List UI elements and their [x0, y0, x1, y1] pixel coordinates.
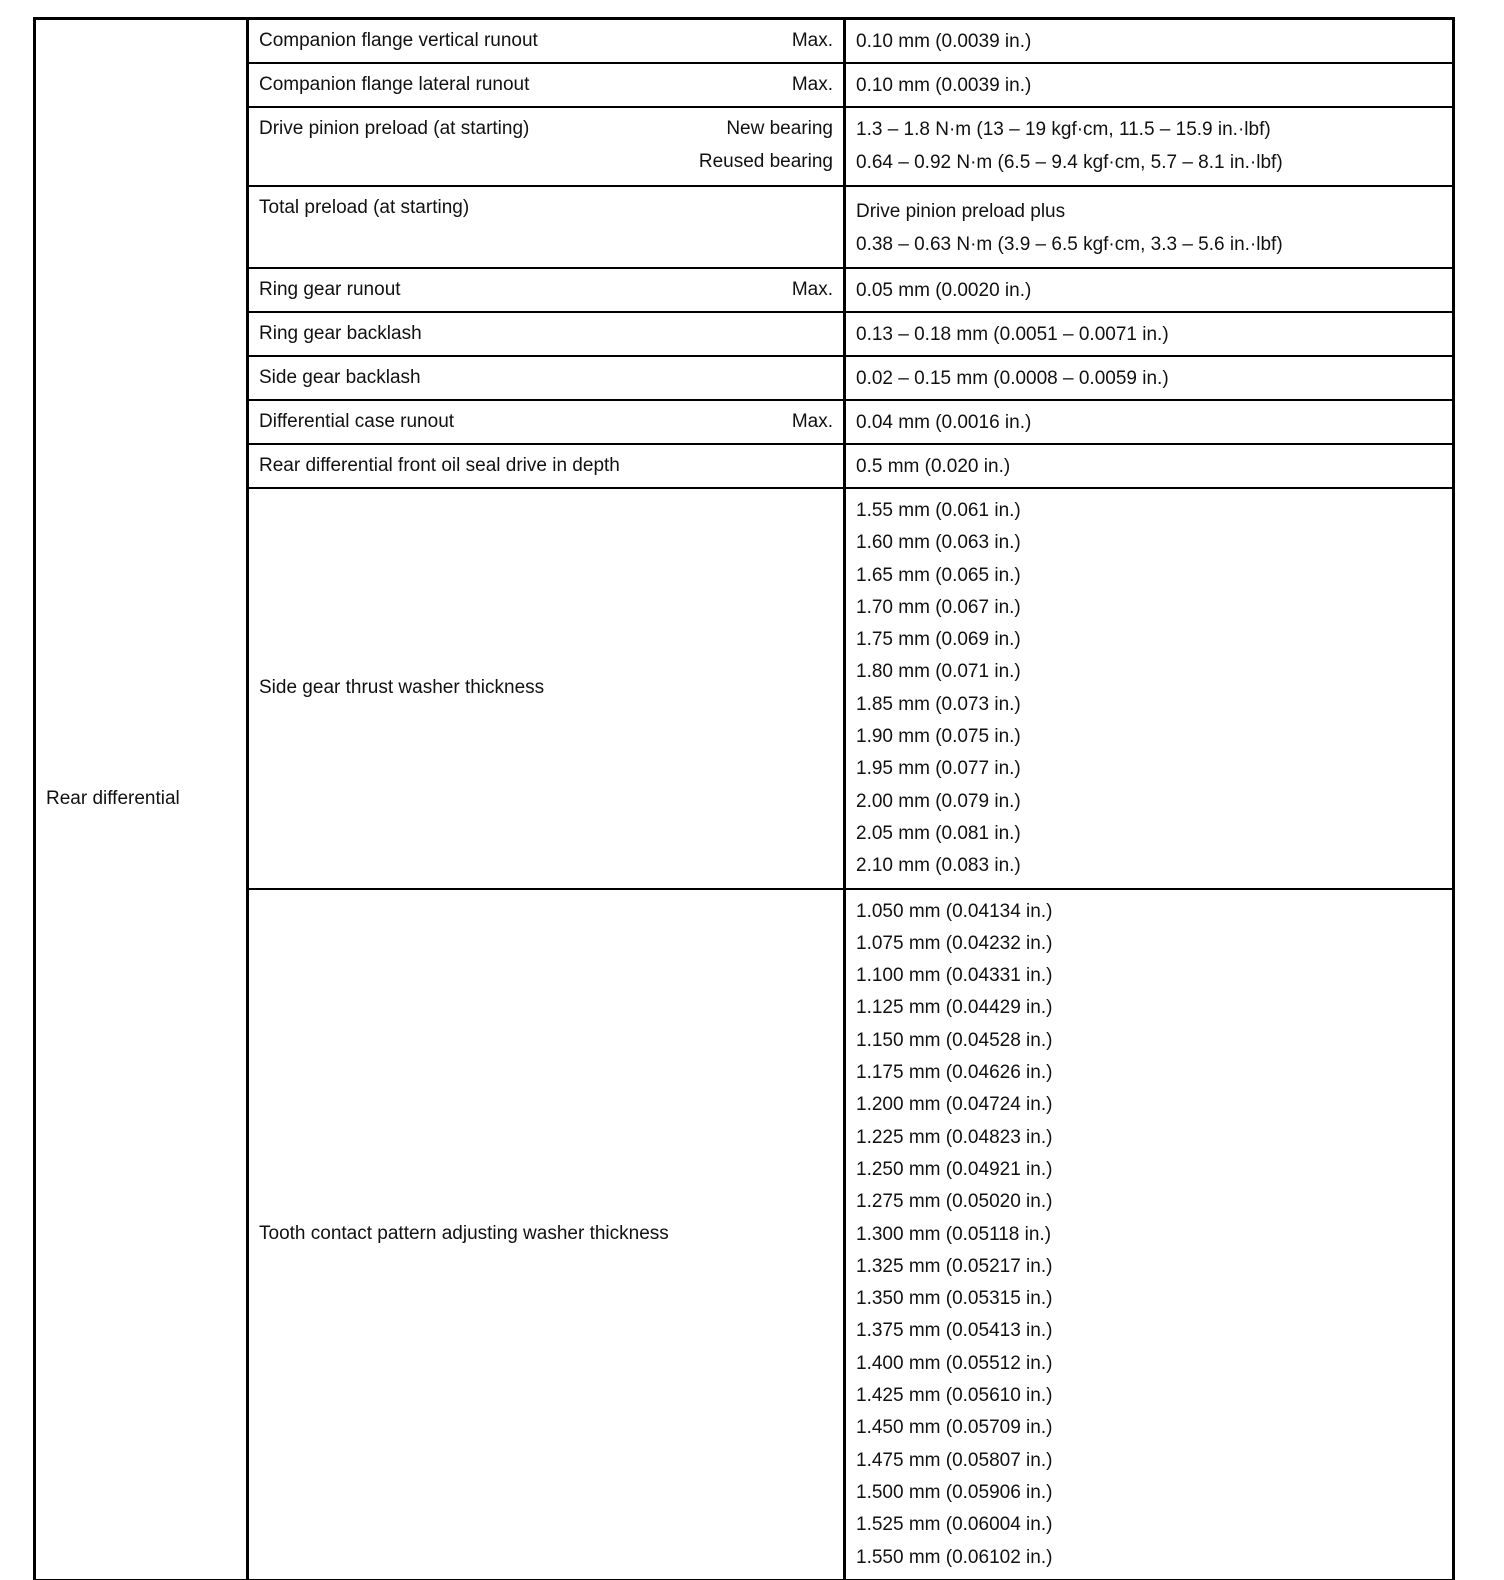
spec-item-wrap: Total preload (at starting) — [249, 187, 843, 219]
spec-value: 1.050 mm (0.04134 in.) — [856, 901, 1442, 933]
spec-value: 1.65 mm (0.065 in.) — [856, 565, 1442, 597]
spec-value: 1.175 mm (0.04626 in.) — [856, 1062, 1442, 1094]
spec-value-list: Drive pinion preload plus0.38 – 0.63 N·m… — [846, 187, 1452, 267]
spec-item-wrap: Rear differential front oil seal drive i… — [249, 445, 843, 477]
spec-item-wrap: Ring gear runoutMax. — [249, 269, 843, 301]
spec-qualifier: Max. — [792, 74, 833, 96]
spec-value: 0.05 mm (0.0020 in.) — [856, 280, 1442, 311]
spec-qualifier: Reused bearing — [699, 151, 833, 184]
spec-row: Tooth contact pattern adjusting washer t… — [35, 889, 1454, 1580]
spec-row: Total preload (at starting)Drive pinion … — [35, 186, 1454, 268]
spec-value: 1.525 mm (0.06004 in.) — [856, 1514, 1442, 1546]
spec-value: 2.05 mm (0.081 in.) — [856, 823, 1442, 855]
spec-qualifier: Max. — [792, 30, 833, 52]
spec-item-label: Total preload (at starting) — [259, 197, 469, 219]
spec-value: 1.55 mm (0.061 in.) — [856, 500, 1442, 532]
spec-qualifier-stack: Max. — [792, 30, 833, 52]
spec-item-cell: Companion flange lateral runoutMax. — [248, 63, 845, 107]
spec-value: 1.300 mm (0.05118 in.) — [856, 1224, 1442, 1256]
spec-row: Drive pinion preload (at starting)New be… — [35, 107, 1454, 186]
spec-value: 0.02 – 0.15 mm (0.0008 – 0.0059 in.) — [856, 368, 1442, 399]
spec-value: 1.150 mm (0.04528 in.) — [856, 1030, 1442, 1062]
spec-value: 1.325 mm (0.05217 in.) — [856, 1256, 1442, 1288]
spec-value: 1.350 mm (0.05315 in.) — [856, 1288, 1442, 1320]
spec-value: 1.375 mm (0.05413 in.) — [856, 1320, 1442, 1352]
spec-qualifier: Max. — [792, 279, 833, 301]
spec-value: 1.550 mm (0.06102 in.) — [856, 1547, 1442, 1579]
spec-value: 1.60 mm (0.063 in.) — [856, 532, 1442, 564]
spec-row: Ring gear runoutMax.0.05 mm (0.0020 in.) — [35, 268, 1454, 312]
spec-item-wrap: Side gear backlash — [249, 357, 843, 389]
spec-row: Ring gear backlash0.13 – 0.18 mm (0.0051… — [35, 312, 1454, 356]
spec-value: 1.75 mm (0.069 in.) — [856, 629, 1442, 661]
spec-value-list: 0.04 mm (0.0016 in.) — [846, 401, 1452, 443]
spec-item-wrap: Ring gear backlash — [249, 313, 843, 345]
spec-value: 0.10 mm (0.0039 in.) — [856, 75, 1442, 106]
spec-value-list: 0.13 – 0.18 mm (0.0051 – 0.0071 in.) — [846, 313, 1452, 355]
spec-value-cell: 0.5 mm (0.020 in.) — [845, 444, 1454, 488]
spec-value-cell: 0.10 mm (0.0039 in.) — [845, 19, 1454, 64]
spec-value: 0.13 – 0.18 mm (0.0051 – 0.0071 in.) — [856, 324, 1442, 355]
spec-value-list: 0.02 – 0.15 mm (0.0008 – 0.0059 in.) — [846, 357, 1452, 399]
spec-value-cell: 1.55 mm (0.061 in.)1.60 mm (0.063 in.)1.… — [845, 488, 1454, 889]
spec-value: 1.400 mm (0.05512 in.) — [856, 1353, 1442, 1385]
spec-value: 2.10 mm (0.083 in.) — [856, 855, 1442, 887]
spec-value-cell: 0.10 mm (0.0039 in.) — [845, 63, 1454, 107]
spec-value-cell: 1.050 mm (0.04134 in.)1.075 mm (0.04232 … — [845, 889, 1454, 1580]
spec-item-wrap: Companion flange lateral runoutMax. — [249, 64, 843, 96]
specification-table: Rear differentialCompanion flange vertic… — [33, 17, 1455, 1580]
spec-value: 1.90 mm (0.075 in.) — [856, 726, 1442, 758]
spec-value-cell: 1.3 – 1.8 N·m (13 – 19 kgf·cm, 11.5 – 15… — [845, 107, 1454, 186]
spec-item-wrap: Differential case runoutMax. — [249, 401, 843, 433]
spec-item-wrap: Tooth contact pattern adjusting washer t… — [249, 1223, 843, 1245]
spec-value: 1.450 mm (0.05709 in.) — [856, 1417, 1442, 1449]
spec-value: 1.075 mm (0.04232 in.) — [856, 933, 1442, 965]
spec-value: 2.00 mm (0.079 in.) — [856, 791, 1442, 823]
spec-value-list: 0.05 mm (0.0020 in.) — [846, 269, 1452, 311]
spec-qualifier-stack: Max. — [792, 74, 833, 96]
spec-item-cell: Rear differential front oil seal drive i… — [248, 444, 845, 488]
spec-row: Rear differentialCompanion flange vertic… — [35, 19, 1454, 64]
spec-value: 1.200 mm (0.04724 in.) — [856, 1094, 1442, 1126]
spec-row: Side gear backlash0.02 – 0.15 mm (0.0008… — [35, 356, 1454, 400]
spec-item-cell: Ring gear backlash — [248, 312, 845, 356]
spec-item-label: Differential case runout — [259, 411, 454, 433]
spec-item-cell: Side gear backlash — [248, 356, 845, 400]
spec-qualifier-stack: Max. — [792, 279, 833, 301]
spec-value: Drive pinion preload plus — [856, 201, 1442, 234]
group-cell: Rear differential — [35, 19, 248, 1580]
spec-item-label: Drive pinion preload (at starting) — [259, 118, 529, 184]
spec-item-label: Tooth contact pattern adjusting washer t… — [259, 1223, 669, 1245]
spec-value: 0.5 mm (0.020 in.) — [856, 456, 1442, 487]
spec-value-cell: Drive pinion preload plus0.38 – 0.63 N·m… — [845, 186, 1454, 268]
spec-item-cell: Differential case runoutMax. — [248, 400, 845, 444]
spec-value: 1.3 – 1.8 N·m (13 – 19 kgf·cm, 11.5 – 15… — [856, 119, 1442, 152]
spec-item-wrap: Drive pinion preload (at starting)New be… — [249, 108, 843, 184]
spec-value: 1.250 mm (0.04921 in.) — [856, 1159, 1442, 1191]
spec-item-wrap: Side gear thrust washer thickness — [249, 677, 843, 699]
spec-item-label: Companion flange lateral runout — [259, 74, 529, 96]
spec-row: Differential case runoutMax.0.04 mm (0.0… — [35, 400, 1454, 444]
spec-value-list: 0.10 mm (0.0039 in.) — [846, 20, 1452, 62]
spec-item-label: Ring gear runout — [259, 279, 401, 301]
spec-item-cell: Tooth contact pattern adjusting washer t… — [248, 889, 845, 1580]
spec-qualifier-stack: New bearingReused bearing — [699, 118, 833, 184]
group-label: Rear differential — [46, 788, 180, 809]
spec-qualifier: New bearing — [726, 118, 833, 151]
spec-value: 0.38 – 0.63 N·m (3.9 – 6.5 kgf·cm, 3.3 –… — [856, 234, 1442, 267]
spec-value: 1.80 mm (0.071 in.) — [856, 661, 1442, 693]
spec-item-label: Rear differential front oil seal drive i… — [259, 455, 620, 477]
spec-row: Rear differential front oil seal drive i… — [35, 444, 1454, 488]
spec-value: 1.475 mm (0.05807 in.) — [856, 1450, 1442, 1482]
spec-value-list: 1.55 mm (0.061 in.)1.60 mm (0.063 in.)1.… — [846, 489, 1452, 888]
spec-value-list: 0.10 mm (0.0039 in.) — [846, 64, 1452, 106]
spec-value: 0.64 – 0.92 N·m (6.5 – 9.4 kgf·cm, 5.7 –… — [856, 152, 1442, 185]
spec-qualifier: Max. — [792, 411, 833, 433]
spec-value: 1.85 mm (0.073 in.) — [856, 694, 1442, 726]
spec-value: 1.275 mm (0.05020 in.) — [856, 1191, 1442, 1223]
spec-value: 1.225 mm (0.04823 in.) — [856, 1127, 1442, 1159]
spec-value: 1.95 mm (0.077 in.) — [856, 758, 1442, 790]
spec-item-cell: Side gear thrust washer thickness — [248, 488, 845, 889]
spec-value: 0.10 mm (0.0039 in.) — [856, 31, 1442, 62]
spec-item-label: Side gear backlash — [259, 367, 421, 389]
spec-value-list: 1.3 – 1.8 N·m (13 – 19 kgf·cm, 11.5 – 15… — [846, 108, 1452, 185]
spec-value: 1.70 mm (0.067 in.) — [856, 597, 1442, 629]
spec-item-label: Companion flange vertical runout — [259, 30, 538, 52]
spec-value: 0.04 mm (0.0016 in.) — [856, 412, 1442, 443]
spec-value: 1.425 mm (0.05610 in.) — [856, 1385, 1442, 1417]
spec-value-cell: 0.04 mm (0.0016 in.) — [845, 400, 1454, 444]
spec-value-list: 0.5 mm (0.020 in.) — [846, 445, 1452, 487]
spec-item-wrap: Companion flange vertical runoutMax. — [249, 20, 843, 52]
spec-row: Side gear thrust washer thickness1.55 mm… — [35, 488, 1454, 889]
spec-value: 1.500 mm (0.05906 in.) — [856, 1482, 1442, 1514]
spec-item-label: Ring gear backlash — [259, 323, 422, 345]
spec-value-cell: 0.02 – 0.15 mm (0.0008 – 0.0059 in.) — [845, 356, 1454, 400]
specification-table-body: Rear differentialCompanion flange vertic… — [35, 19, 1454, 1580]
spec-value-cell: 0.13 – 0.18 mm (0.0051 – 0.0071 in.) — [845, 312, 1454, 356]
spec-qualifier-stack: Max. — [792, 411, 833, 433]
spec-item-cell: Drive pinion preload (at starting)New be… — [248, 107, 845, 186]
spec-item-cell: Ring gear runoutMax. — [248, 268, 845, 312]
spec-row: Companion flange lateral runoutMax.0.10 … — [35, 63, 1454, 107]
spec-value-list: 1.050 mm (0.04134 in.)1.075 mm (0.04232 … — [846, 890, 1452, 1579]
spec-item-cell: Companion flange vertical runoutMax. — [248, 19, 845, 64]
spec-value-cell: 0.05 mm (0.0020 in.) — [845, 268, 1454, 312]
spec-value: 1.100 mm (0.04331 in.) — [856, 965, 1442, 997]
spec-item-label: Side gear thrust washer thickness — [259, 677, 544, 699]
spec-value: 1.125 mm (0.04429 in.) — [856, 997, 1442, 1029]
spec-item-cell: Total preload (at starting) — [248, 186, 845, 268]
